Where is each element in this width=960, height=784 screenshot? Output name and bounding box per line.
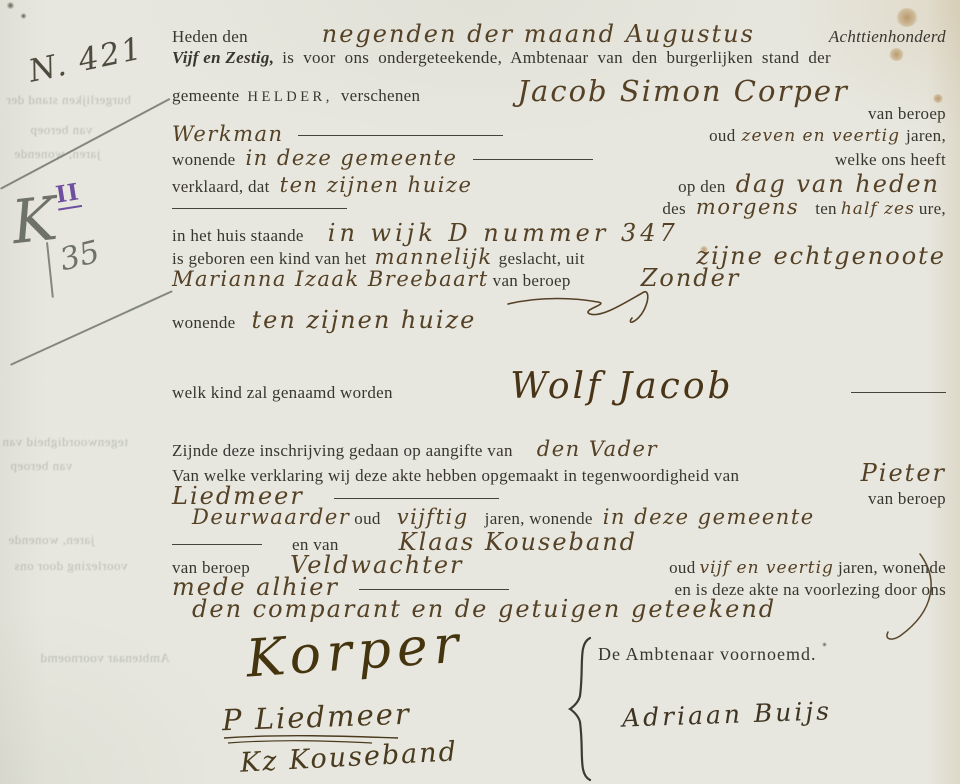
- label-achttienhonderd: Achttienhonderd: [829, 27, 946, 47]
- label-oud: oud: [709, 126, 735, 146]
- line-time: des morgens ten half zes ure,: [172, 195, 946, 219]
- bleedthrough-text: tegenwoordigheid van: [2, 434, 128, 450]
- line-occupation-age: Werkman oud zeven en veertig jaren,: [172, 122, 946, 146]
- line-witness1-details: Deurwaarder oud vijftig jaren, wonende i…: [172, 505, 946, 529]
- pencil-strike-line: [10, 290, 173, 365]
- pencil-strike-line: [0, 98, 170, 190]
- label-preamble: is voor ons ondergeteekende, Ambtenaar v…: [282, 48, 831, 68]
- birth-certificate-scan: burgerlijken stand der van beroep jaren,…: [0, 0, 960, 784]
- entry-declarant-residence: in deze gemeente: [245, 146, 457, 170]
- entry-declarant-name: Jacob Simon Corper: [420, 74, 946, 108]
- entry-child-name: Wolf Jacob: [393, 366, 851, 407]
- line-registration: Zijnde deze inschrijving gedaan op aangi…: [172, 437, 946, 461]
- line-residence: wonende in deze gemeente welke ons heeft: [172, 146, 946, 170]
- label-wonende: wonende: [172, 313, 235, 333]
- entry-witness1-residence: in deze gemeente: [603, 505, 815, 529]
- line-declaration: verklaard, dat ten zijnen huize op den d…: [172, 170, 946, 198]
- official-caption: De Ambtenaar voornoemd.: [598, 644, 816, 665]
- archival-pencil-number: 35: [56, 234, 103, 278]
- label-zijnde: Zijnde deze inschrijving gedaan op aangi…: [172, 441, 513, 461]
- bleedthrough-text: jaren, wonende: [8, 532, 94, 548]
- label-ure: ure,: [919, 199, 946, 219]
- act-number: N. 421: [26, 30, 147, 89]
- bleedthrough-text: burgerlijken stand der: [6, 92, 131, 108]
- label-oud: oud: [354, 509, 380, 529]
- bleedthrough-text: voorlezing door ons: [14, 558, 127, 574]
- signature-witness1: P Liedmeer: [221, 697, 411, 738]
- label-ten: ten: [815, 199, 837, 219]
- entry-mother-residence: ten zijnen huize: [251, 306, 476, 334]
- label-jaren-wonende: jaren, wonende: [485, 509, 593, 529]
- entry-witness1-occupation: Deurwaarder: [192, 505, 350, 529]
- blank-rule: [851, 392, 946, 393]
- label-op-den: op den: [678, 177, 726, 197]
- blank-rule: [334, 498, 499, 499]
- bleedthrough-text: Ambtenaar voornoemd: [40, 650, 170, 666]
- edge-mark: [6, 2, 15, 9]
- label-verklaard-dat: verklaard, dat: [172, 177, 270, 197]
- brace-glyph: [566, 636, 594, 782]
- bleedthrough-text: van beroep: [30, 122, 92, 138]
- ink-swash: [862, 552, 948, 644]
- entry-daypart: morgens: [696, 195, 799, 219]
- entry-declarant-occupation: Werkman: [172, 122, 284, 146]
- bleedthrough-text: van beroep: [10, 458, 72, 474]
- blank-rule: [298, 135, 503, 136]
- blank-rule: [172, 208, 347, 209]
- blank-rule: [172, 544, 262, 545]
- entry-birth-day: dag van heden: [736, 170, 940, 198]
- line-closing: den comparant en de getuigen geteekend: [172, 595, 946, 623]
- line-year-officials: Vijf en Zestig, is voor ons ondergeteeke…: [172, 48, 946, 68]
- edge-mark: [20, 13, 27, 19]
- line-van-beroep-right: van beroep: [172, 104, 946, 124]
- archival-purple-numeral: II: [54, 178, 82, 210]
- entry-date: negenden der maand Augustus: [248, 20, 829, 48]
- blank-rule: [359, 589, 509, 590]
- entry-closing-phrase: den comparant en de getuigen geteekend: [192, 595, 776, 623]
- entry-declarant-age: zeven en veertig: [742, 126, 900, 146]
- label-van-beroep: van beroep: [868, 104, 946, 124]
- ink-flourish: [506, 288, 656, 328]
- label-welk-kind: welk kind zal genaamd worden: [172, 383, 393, 403]
- entry-birth-location: ten zijnen huize: [280, 173, 473, 197]
- blank-rule: [473, 159, 593, 160]
- label-year: Vijf en Zestig,: [172, 48, 274, 68]
- line-date: Heden den negenden der maand Augustus Ac…: [172, 20, 946, 48]
- label-des: des: [662, 199, 686, 219]
- entry-declared-by: den Vader: [537, 437, 658, 461]
- line-mother-residence: wonende ten zijnen huize: [172, 288, 946, 334]
- label-jaren: jaren,: [906, 126, 946, 146]
- archival-pencil-letter: K: [8, 184, 60, 258]
- label-gemeente: gemeente: [172, 86, 240, 106]
- line-child-name: welk kind zal genaamd worden Wolf Jacob: [172, 366, 946, 407]
- entry-witness1-age: vijftig: [397, 505, 469, 529]
- label-verschenen: verschenen: [341, 86, 420, 106]
- line-gemeente-declarant: gemeente Helder, verschenen Jacob Simon …: [172, 74, 946, 108]
- entry-hour: half zes: [841, 199, 915, 219]
- label-welke-ons-heeft: welke ons heeft: [835, 150, 946, 170]
- label-heden-den: Heden den: [172, 27, 248, 47]
- label-wonende: wonende: [172, 150, 235, 170]
